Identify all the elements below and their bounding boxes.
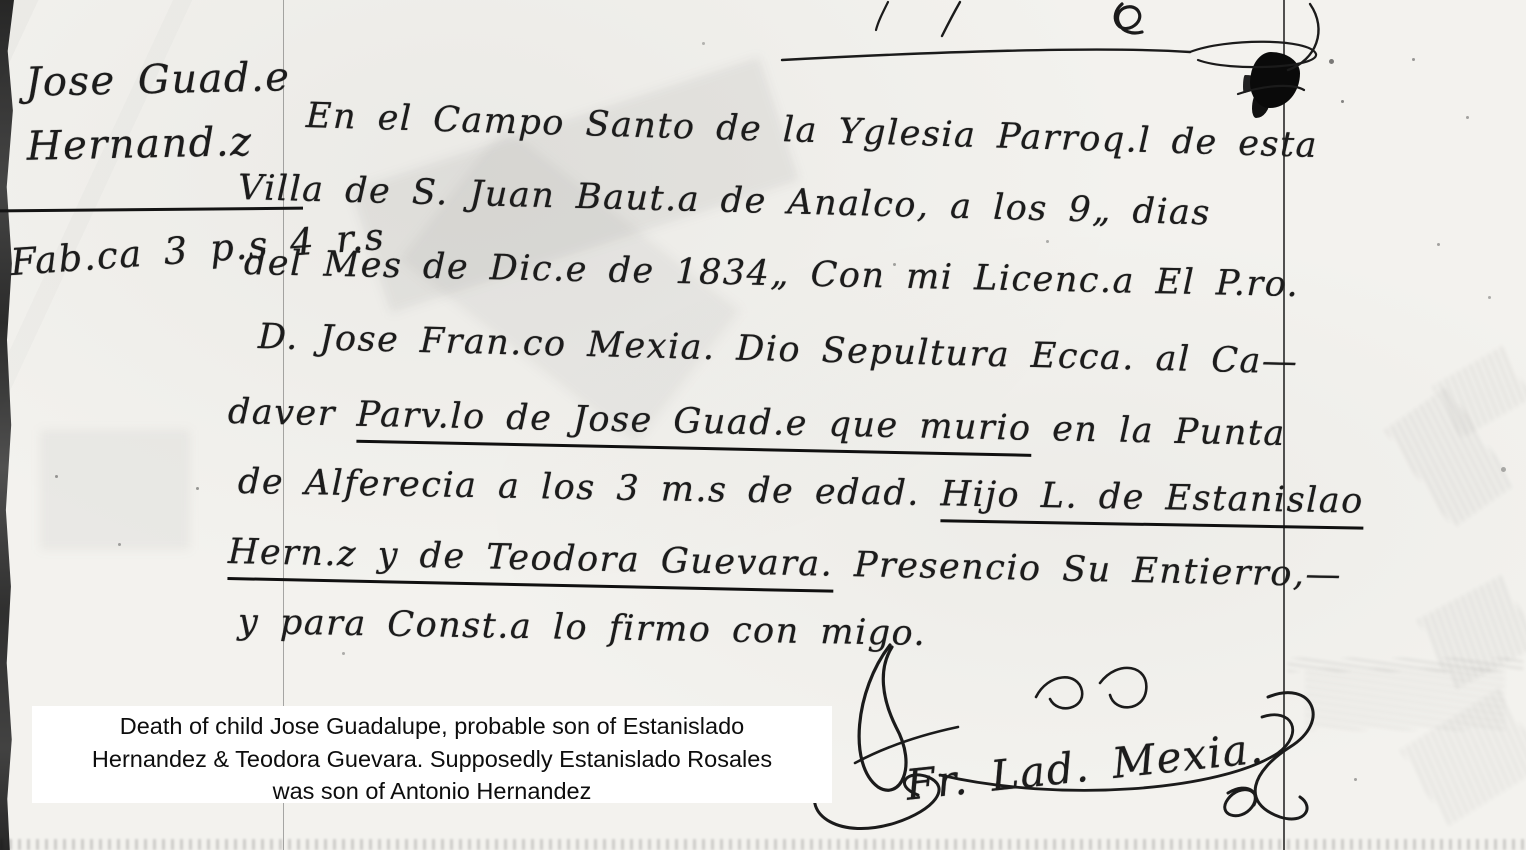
- flourish-stroke: [876, 2, 888, 30]
- bleedthrough-smudge: [1400, 689, 1526, 826]
- flourish-stroke: [782, 50, 1190, 60]
- paper-speckles: [0, 0, 3, 3]
- underlined-text: Hijo L. de Estanislao: [940, 474, 1364, 529]
- priest-signature: Fr. Lad. Mexia.: [903, 723, 1266, 809]
- line-text: de Alferecia a los 3 m.s de edad.: [238, 462, 941, 514]
- bleedthrough-smudge: [1432, 346, 1526, 438]
- flourish-stroke: [1115, 4, 1142, 33]
- line-text: en la Punta: [1031, 409, 1286, 454]
- margin-annotation-name: Jose Guad.e Hernand.z: [25, 45, 293, 179]
- caption-overlay: Death of child Jose Guadalupe, probable …: [32, 706, 832, 803]
- bleedthrough-smudge: [1385, 387, 1515, 528]
- flourish-stroke: [942, 2, 960, 36]
- line-text: del Mes de Dic.e de 1834„ Con mi Licenc.…: [244, 243, 1300, 305]
- ink-blot: [1250, 52, 1300, 108]
- record-line-1: En el Campo Santo de la Yglesia Parroq.l…: [305, 96, 1318, 166]
- line-text: Presencio Su Entierro,—: [833, 545, 1342, 596]
- bleedthrough-smudge: [1305, 668, 1505, 730]
- bleedthrough-smudge: [1288, 658, 1523, 672]
- record-line-5: daver Parv.lo de Jose Guad.e que murio e…: [228, 392, 1287, 454]
- bleedthrough-smudge: [1417, 575, 1526, 690]
- scanned-burial-record-page: Jose Guad.e Hernand.z Fab.ca 3 p.s 4 r.s…: [0, 0, 1526, 850]
- caption-line-3: was son of Antonio Hernandez: [32, 775, 832, 808]
- margin-name-line1: Jose Guad.e: [25, 45, 291, 115]
- record-line-4: D. Jose Fran.co Mexia. Dio Sepultura Ecc…: [258, 317, 1299, 382]
- flourish-stroke: [1036, 677, 1082, 708]
- binding-gutter-edge: [0, 0, 14, 850]
- underlined-text: Parv.lo de Jose Guad.e que murio: [356, 395, 1032, 457]
- record-line-6: de Alferecia a los 3 m.s de edad. Hijo L…: [238, 462, 1364, 522]
- caption-line-1: Death of child Jose Guadalupe, probable …: [32, 710, 832, 743]
- record-line-8: y para Const.a lo firmo con migo.: [238, 602, 927, 654]
- flourish-stroke: [859, 645, 906, 790]
- previous-entry-rubric-flourish: [770, 0, 1330, 112]
- flourish-stroke: [1100, 668, 1146, 707]
- paper-shade: [40, 430, 190, 550]
- caption-line-2: Hernandez & Teodora Guevara. Supposedly …: [32, 743, 832, 776]
- line-text: D. Jose Fran.co Mexia. Dio Sepultura Ecc…: [258, 317, 1299, 382]
- record-line-7: Hern.z y de Teodora Guevara. Presencio S…: [228, 532, 1343, 595]
- underlined-text: Hern.z y de Teodora Guevara.: [227, 532, 833, 593]
- record-line-3: del Mes de Dic.e de 1834„ Con mi Licenc.…: [244, 243, 1300, 305]
- flourish-stroke: [1225, 788, 1256, 816]
- line-text: y para Const.a lo firmo con migo.: [238, 602, 927, 654]
- line-text: daver: [228, 392, 357, 435]
- line-text: En el Campo Santo de la Yglesia Parroq.l…: [305, 96, 1318, 166]
- scan-edge-noise: [0, 839, 1526, 850]
